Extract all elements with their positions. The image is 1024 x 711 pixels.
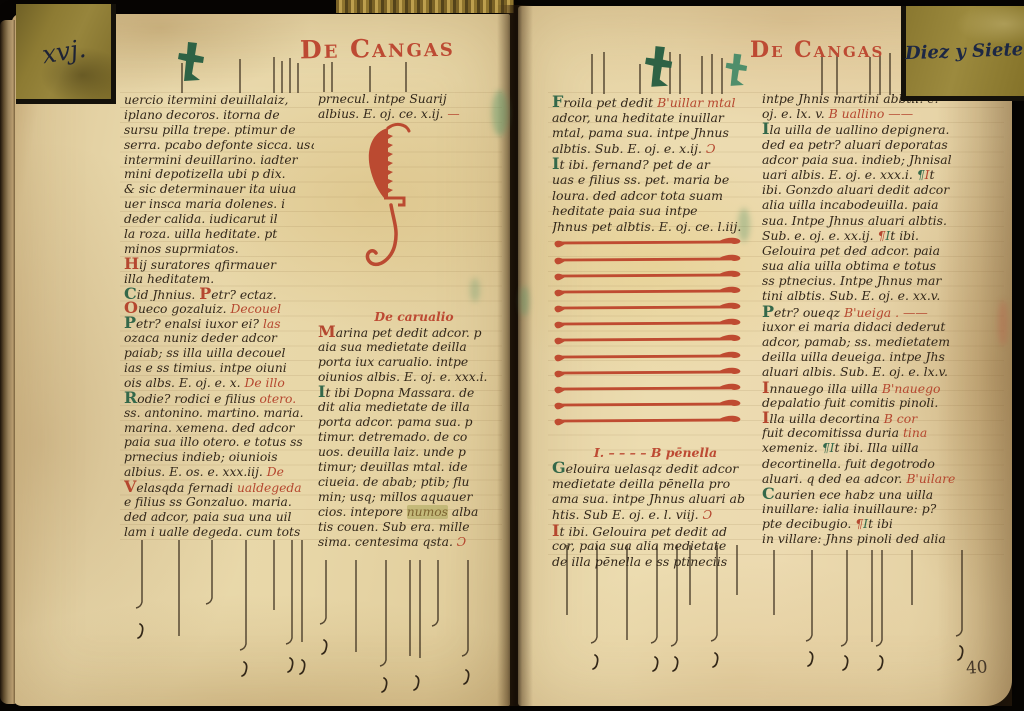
text-line: Cid Jhnius. Petr? ectaz. [124,287,314,302]
text-line: ozaca nuniz deder adcor [124,331,314,346]
text-line: It ibi. Gelouira pet dedit ad [552,523,759,539]
text-line: Jhnus pet albtis. E. oj. ce. l.iij. [552,219,759,235]
text-line: paiab; ss illa uilla decouel [124,346,314,361]
text-line: medietate deilla pēnella pro [552,476,759,492]
text-line: cor, paia sua alia medietate [552,538,759,554]
text-line: porta adcor. pama sua. p [318,415,510,430]
text-line: htis. Sub E. oj. e. l. viij. Ɔ [552,507,759,523]
text-line: Petr? oueqz B'ueiga . —— [762,305,1006,320]
text-line: de illa pēnella e ss ptineciis [552,554,759,570]
text-line: oj. e. lx. v. B uallino —— [762,107,1006,122]
headband-textile [336,0,514,13]
text-line: alia uilla incabodeuilla. paia [762,198,1006,213]
text-line: mtal, pama sua. intpe Jhnus [552,125,759,141]
text-line: prnecul. intpe Suarij [318,92,510,107]
text-line: ciueia. de abab; ptib; flu [318,475,510,490]
text-line: uari albis. E. oj. e. xxx.i. ¶It [762,168,1006,183]
text-line: & sic determinauer ita uiua [124,182,314,197]
text-line: Illa uilla decortina B cor [762,411,1006,426]
pen-descenders [318,560,510,665]
red-line-filler [552,299,759,315]
text-line: sima. centesima qsta. Ɔ [318,535,510,550]
text-line: iuxor ei maria didaci dederut [762,320,1006,335]
text-line: Sub. e. oj. e. xx.ij. ¶It ibi. [762,229,1006,244]
text-line: minos suprmiatos. [124,242,314,257]
folio-number: 40 [965,657,988,678]
text-line: ama sua. intpe Jhnus aluari ab [552,491,759,507]
text-line: ss. antonino. martino. maria. [124,406,314,421]
text-line: tini albtis. Sub. E. oj. e. xx.v. [762,289,1006,304]
text-line: aia sua medietate deilla [318,340,510,355]
text-line: ibi. Gonzdo aluari dedit adcor [762,183,1006,198]
text-line: ias e ss timius. intpe oiuni [124,361,314,376]
text-line: albius. E. oj. ce. x.ij. — [318,107,510,122]
text-line: adcor paia sua. indieb; Jhnisal [762,153,1006,168]
corner-tab-right-label: Diez y Siete. [905,38,1024,63]
pen-ascenders [124,55,314,93]
text-line: e filius ss Gonzaluo. maria. [124,495,314,510]
text-line: Innauego illa uilla B'nauego [762,381,1006,396]
text-line: illa heditatem. [124,272,314,287]
text-line: albius. E. os. e. xxx.iij. De [124,465,314,480]
text-column: intpe Jhnis martini abbtil. e.oj. e. lx.… [762,92,1006,548]
text-line: Petr? enalsi iuxor ei? las [124,316,314,331]
manuscript-photo: xvj. Diez y Siete. De Cangas De Cangas u… [0,0,1024,711]
red-line-filler [552,364,759,380]
red-line-filler [552,396,759,412]
book-edge-left [0,20,15,704]
text-line: tis couen. Sub era. mille [318,520,510,535]
text-line: uas e filius ss. pet. maria be [552,172,759,188]
text-line: adcor, una heditate inuillar [552,110,759,126]
text-line: lam i ualle degeda. cum tots [124,525,314,540]
rubric-line: I. – – – – B pēnella [552,445,759,461]
text-line: It ibi. fernand? pet de ar [552,156,759,172]
text-line: sursu pilla trepe. ptimur de [124,123,314,138]
red-line-filler [552,315,759,331]
text-line: Gelouira pet ded adcor. paia [762,244,1006,259]
text-line: It ibi Dopna Massara. de [318,385,510,400]
text-line: dit alia medietate de illa [318,400,510,415]
text-line: prnecius indieb; oiuniois [124,450,314,465]
red-line-filler [552,234,759,250]
text-line: depalatio fuit comitis pinoli. [762,396,1006,411]
text-line: fuit decomitissa duria tina [762,426,1006,441]
rubric-line: De carualio [318,310,510,325]
text-line: deilla uilla deueiga. intpe Jhs [762,350,1006,365]
green-cross-icon [724,52,749,94]
green-pigment-smudge [520,286,529,316]
page-title: De Cangas [750,37,884,63]
green-cross-icon [643,44,674,96]
text-line: ded adcor, paia sua una uil [124,510,314,525]
page-title: De Cangas [300,33,455,65]
red-pen-flourish [318,122,510,294]
text-line: Velasqda fernadi ualdegeda [124,480,314,495]
corner-tab-left-label: xvj. [40,34,88,70]
text-line: cios. intepore numos alba [318,505,510,520]
text-line: uercio itermini deuillalaiz, [124,93,314,108]
text-line: sua. Intpe Jhnus aluari albtis. [762,214,1006,229]
red-line-filler [552,283,759,299]
red-line-filler [552,267,759,283]
text-line: paia sua illo otero. e totus ss [124,435,314,450]
text-line: Oueco gozaluiz. Decouel [124,301,314,316]
text-line: ded ea petr? aluari deporatas [762,138,1006,153]
pen-descenders [124,540,314,665]
corner-tab-left: xvj. [16,4,116,104]
corner-tab-right: Diez y Siete. [901,6,1024,101]
text-line: min; usq; millos aquauer [318,490,510,505]
text-line: marina. xemena. ded adcor [124,421,314,436]
text-line: deder calida. iudicarut il [124,212,314,227]
text-line: xemeniz. ¶It ibi. Illa uilla [762,441,1006,456]
text-line: Gelouira uelasqz dedit adcor [552,460,759,476]
text-line: inuillare: ialia inuillaure: p? [762,502,1006,517]
red-line-filler [552,251,759,267]
text-line: oiunios albis. E. oj. e. xxx.i. [318,370,510,385]
text-column: Froila pet dedit B'uillar mtaladcor, una… [552,94,759,569]
text-column: prnecul. intpe Suarijalbius. E. oj. ce. … [318,92,510,550]
text-line: Froila pet dedit B'uillar mtal [552,94,759,110]
text-line: uer insca maria dolenes. i [124,197,314,212]
text-line: porta iux carualio. intpe [318,355,510,370]
text-line: la roza. uilla heditate. pt [124,227,314,242]
text-line: heditate paia sua intpe [552,203,759,219]
text-line: Caurien ece habz una uilla [762,487,1006,502]
text-column: uercio itermini deuillalaiz,iplano decor… [124,93,314,540]
text-line: uos. deuilla laiz. unde p [318,445,510,460]
text-line: timur; deuillas mtal. ide [318,460,510,475]
text-line: Hij suratores qfirmauer [124,257,314,272]
text-line: mini depotizella ubi p dix. [124,167,314,182]
red-line-filler [552,412,759,428]
text-line: Marina pet dedit adcor. p [318,325,510,340]
text-line: Rodie? rodici e filius otero. [124,391,314,406]
text-line: timur. detremado. de co [318,430,510,445]
text-line: Ila uilla de uallino depignera. [762,122,1006,137]
text-line: intermini deuillarino. iadter [124,153,314,168]
text-line: decortinella. fuit degotrodo [762,457,1006,472]
text-line: pte decibugio. ¶It ibi [762,517,1006,532]
text-line: ois albs. E. oj. e. x. De illo [124,376,314,391]
text-line: sua alia uilla obtima e totus [762,259,1006,274]
text-line: iplano decoros. itorna de [124,108,314,123]
text-line: in villare: Jhns pinoli ded alia [762,532,1006,547]
text-line: loura. ded adcor tota suam [552,188,759,204]
text-line: albtis. Sub. E. oj. e. x.ij. Ɔ [552,141,759,157]
red-line-filler [552,331,759,347]
text-line: adcor, pamab; ss. medietatem [762,335,1006,350]
text-line: ss ptnecius. Intpe Jhnus mar [762,274,1006,289]
red-line-filler [552,380,759,396]
pen-descenders [762,550,1006,662]
red-line-filler [552,348,759,364]
text-line: serra. pcabo defonte sicca. usq; [124,138,314,153]
text-line: aluari albis. Sub. E. oj. e. lx.v. [762,365,1006,380]
text-line: aluari. q ded ea adcor. B'uilare [762,472,1006,487]
green-cross-icon [176,40,206,90]
